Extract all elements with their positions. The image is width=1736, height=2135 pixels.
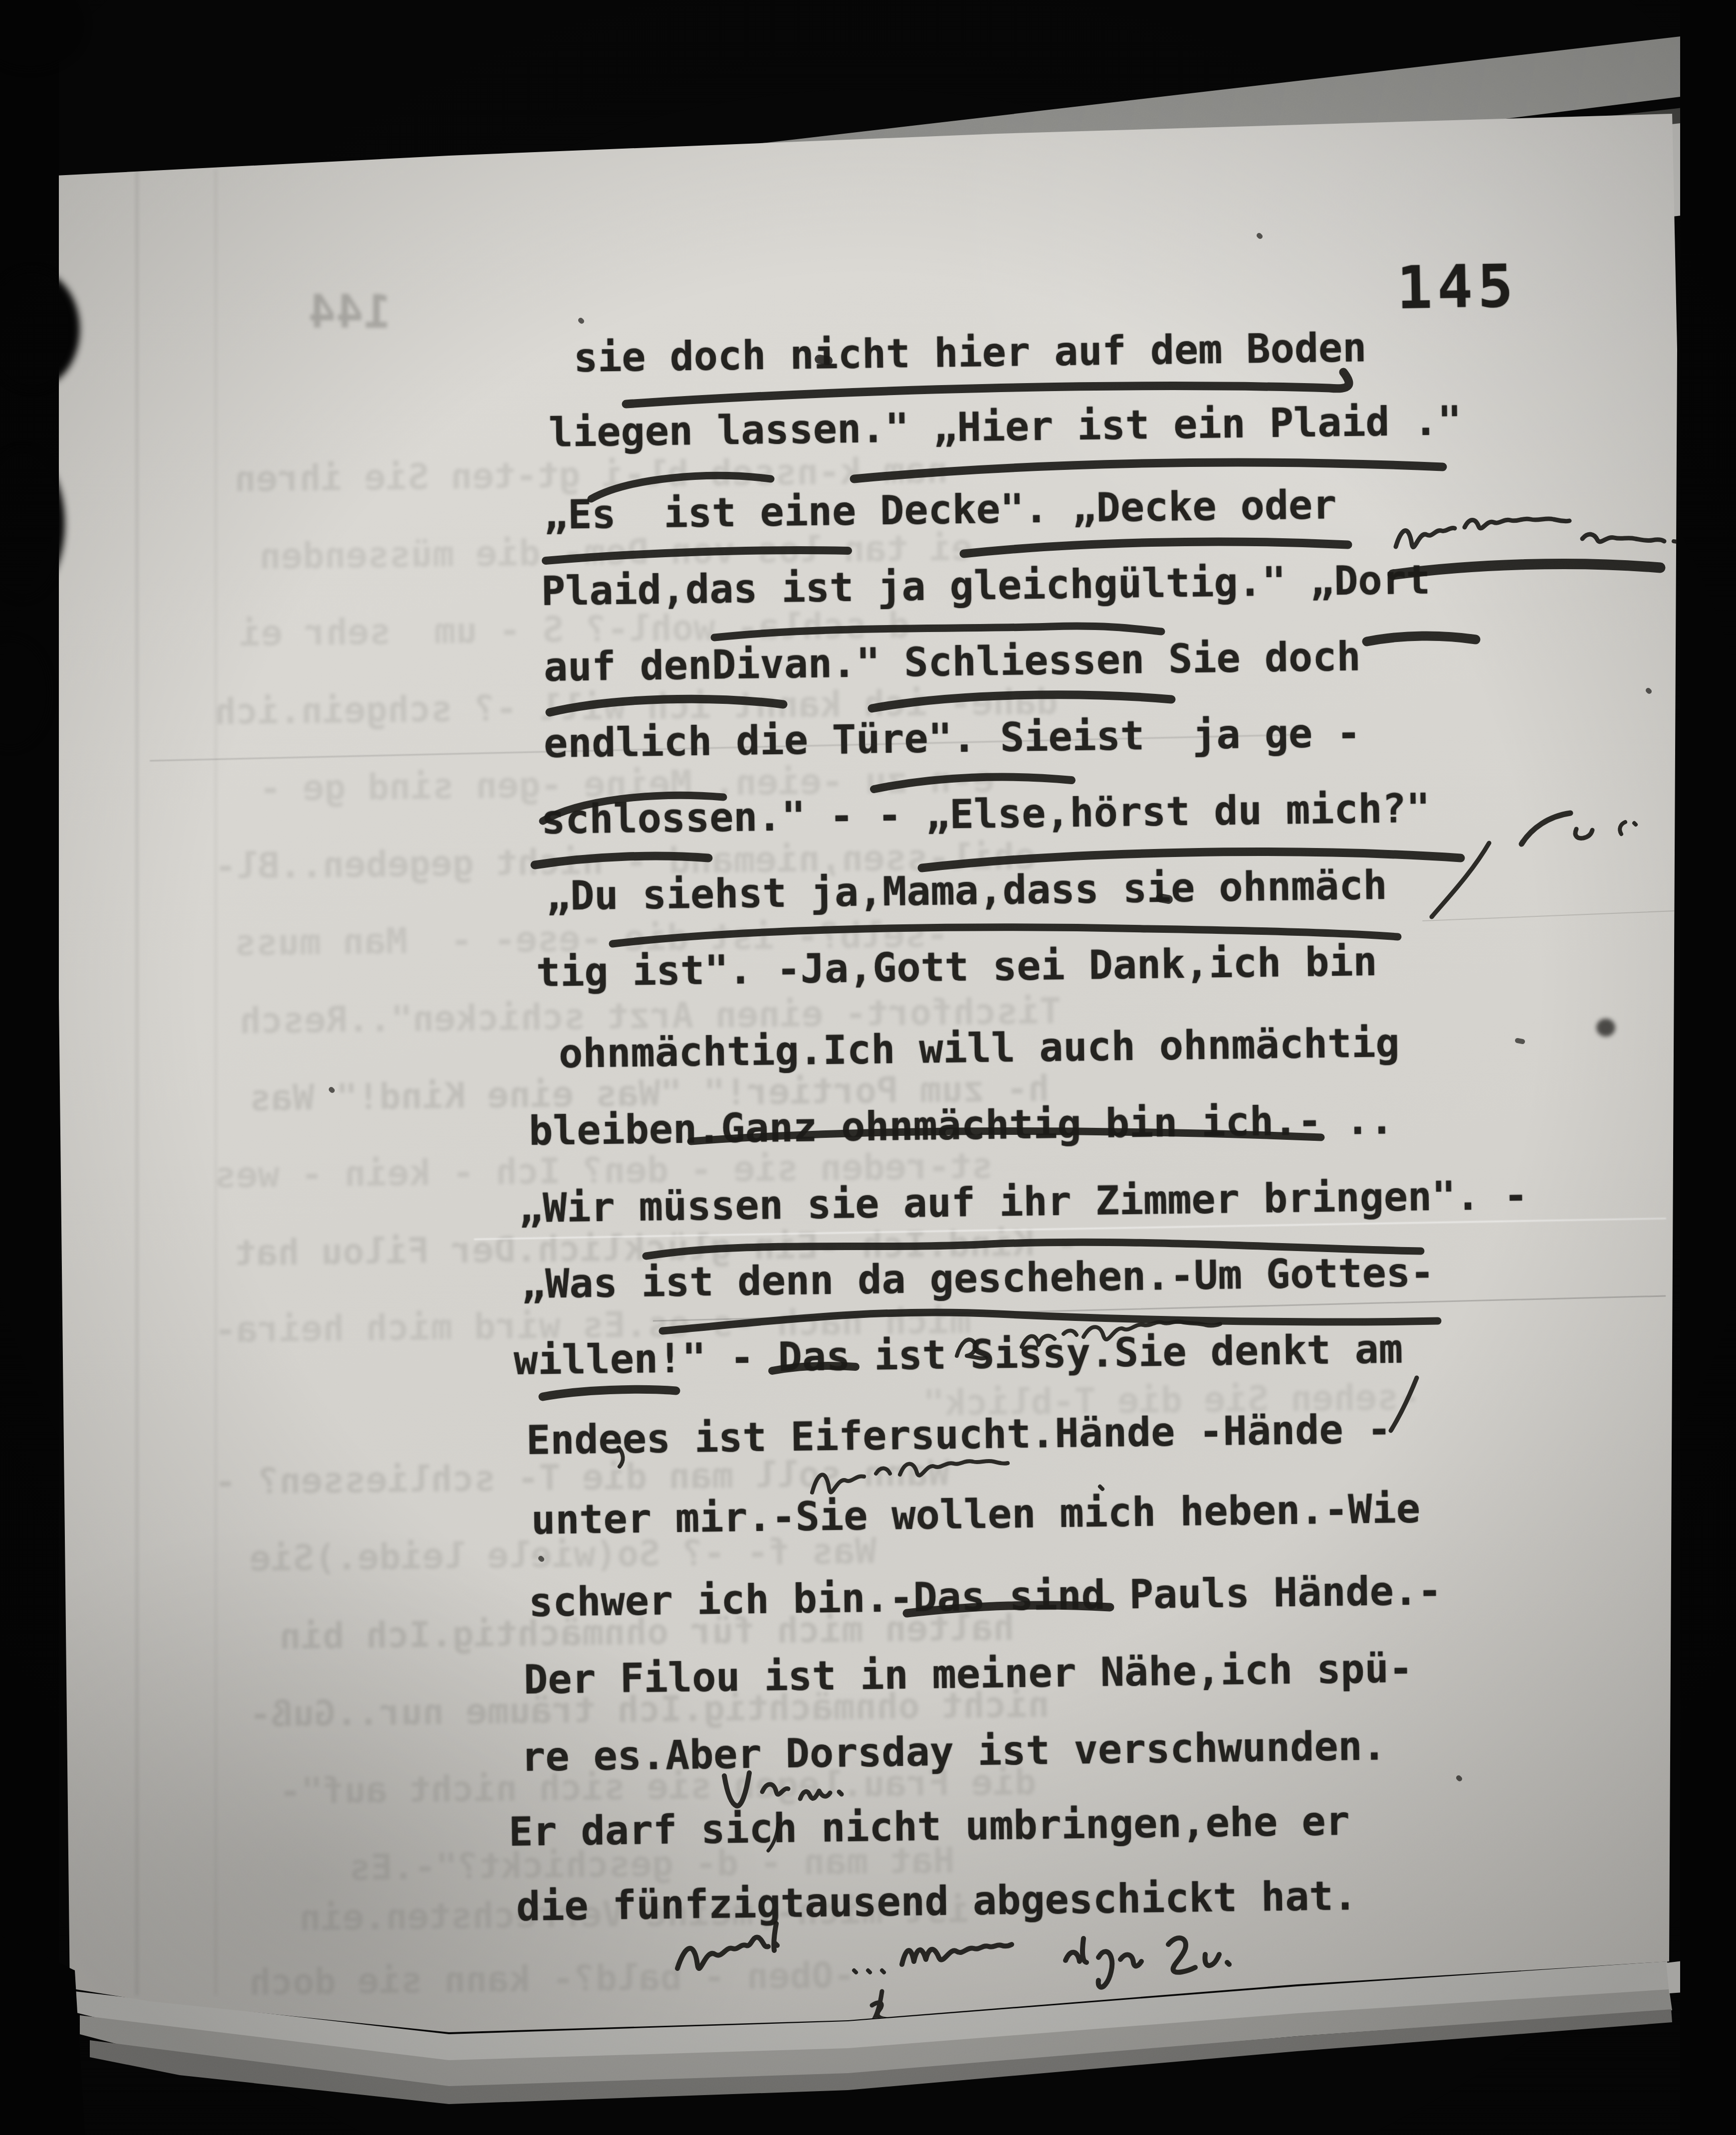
struck-text: Das sind <box>913 1572 1105 1621</box>
typed-text: re es.Aber Dorsday ist verschwunden. <box>521 1722 1386 1780</box>
typed-text: „Es ist eine Decke". „Decke oder <box>543 481 1337 538</box>
handwritten-c-dot-mark <box>1620 822 1636 834</box>
typed-line: bleiben.Ganz ohnmächtig bin ich.- .. <box>528 1100 1394 1151</box>
typed-text: Pauls Hände.- <box>1105 1567 1442 1618</box>
photo-frame: 144 nam k-nsseb bl-i gt-ten Sie ihrenei … <box>0 0 1736 2135</box>
page-number: 145 <box>1396 251 1519 322</box>
typed-line: „Was ist denn da geschehen.-Um Gottes- <box>521 1253 1434 1304</box>
film-scratch-thin2 <box>1423 911 1676 921</box>
typed-line: Plaid,das ist ja gleichgültig." „Dort <box>541 560 1430 612</box>
ghost-text-line: -Oben - bald?- kann sie doch <box>249 1957 856 2000</box>
cursive-bottom-word2 <box>902 1944 1012 1964</box>
underline-margin-note-right <box>1393 564 1660 575</box>
typed-line: liegen lassen." „Hier ist ein Plaid ." <box>548 401 1462 453</box>
ghost-page-number-mirrored: 144 <box>308 285 391 339</box>
film-edge-right <box>1680 0 1736 2135</box>
typed-text: bleiben. <box>528 1105 721 1154</box>
paper-crease-line-faint <box>215 170 217 1995</box>
typed-text: .- .. <box>1273 1096 1394 1144</box>
typed-line: endlich die Türe". Sieist ja ge - <box>543 713 1360 764</box>
typed-text: liegen lassen." „Hier ist ein Plaid ." <box>548 398 1462 456</box>
typed-text: ist Sissy.Sie denkt am <box>850 1326 1403 1379</box>
typed-text: Endees ist Eifersucht.Hände -Hände - <box>526 1406 1391 1464</box>
typed-line: schwer ich bin.-Das sind Pauls Hände.- <box>528 1571 1442 1623</box>
underline-dort <box>1367 636 1476 641</box>
ink-blot-speck <box>1596 1019 1615 1037</box>
typed-line: re es.Aber Dorsday ist verschwunden. <box>521 1726 1386 1777</box>
typed-text: sie doch nicht hier auf dem Boden <box>573 324 1367 381</box>
typed-line: „Du siehst ja,Mama,dass sie ohnmäch <box>546 865 1387 916</box>
struck-text: Das <box>778 1333 851 1380</box>
typed-text: willen!" - <box>513 1334 778 1384</box>
underline-willen <box>543 1389 676 1397</box>
paper-crease-line <box>136 170 138 1995</box>
typed-line: sie doch nicht hier auf dem Boden <box>573 328 1366 378</box>
typed-line: schlossen." - - „Else,hörst du mich?" <box>541 789 1430 840</box>
cursive-bottom-dots <box>854 1970 884 1972</box>
cursive-note-right-margin-a <box>1396 519 1569 547</box>
cursive-bottom-word4 <box>1168 1938 1229 1972</box>
cursive-note-above-unter-mir-dot <box>1100 1487 1102 1489</box>
cursive-bottom-word3 <box>1066 1938 1141 1987</box>
typed-text: Der Filou ist in meiner Nähe,ich spü- <box>523 1645 1413 1703</box>
cursive-note-right-margin-b <box>1582 534 1664 542</box>
manuscript-page: 144 nam k-nsseb bl-i gt-ten Sie ihrenei … <box>0 0 1736 2135</box>
typed-line: auf denDivan." Schliessen Sie doch <box>543 637 1360 687</box>
typed-line: willen!" - Das ist Sissy.Sie denkt am <box>513 1329 1403 1381</box>
handwritten-slash-ohnmaech <box>1432 843 1489 917</box>
typed-line: die fünfzigtausend abgeschickt hat. <box>516 1876 1357 1927</box>
struck-text: Ganz ohnmächtig bin ich <box>721 1098 1274 1151</box>
typed-line: tig ist". -Ja,Gott sei Dank,ich bin <box>536 942 1377 993</box>
cursive-bottom-k <box>872 1991 886 2021</box>
handwritten-hook-after-mich <box>1575 829 1592 838</box>
typed-line: Der Filou ist in meiner Nähe,ich spü- <box>523 1649 1413 1700</box>
film-edge-blob <box>0 0 85 70</box>
typed-text: schwer ich bin.- <box>528 1574 913 1626</box>
handwritten-checkmark-after-mich <box>1521 813 1570 844</box>
typed-line: Er darf sich nicht umbringen,ehe er <box>508 1801 1350 1852</box>
typed-line: „Es ist eine Decke". „Decke oder <box>543 485 1336 535</box>
typed-line: Endees ist Eifersucht.Hände -Hände - <box>526 1409 1391 1461</box>
typed-line: „Wir müssen sie auf ihr Zimmer bringen".… <box>518 1176 1528 1229</box>
typed-line: ohnmächtig.Ich will auch ohnmächtig <box>558 1023 1400 1074</box>
typed-line: unter mir.-Sie wollen mich heben.-Wie <box>531 1489 1420 1540</box>
underline-decke-oder <box>964 542 1348 554</box>
